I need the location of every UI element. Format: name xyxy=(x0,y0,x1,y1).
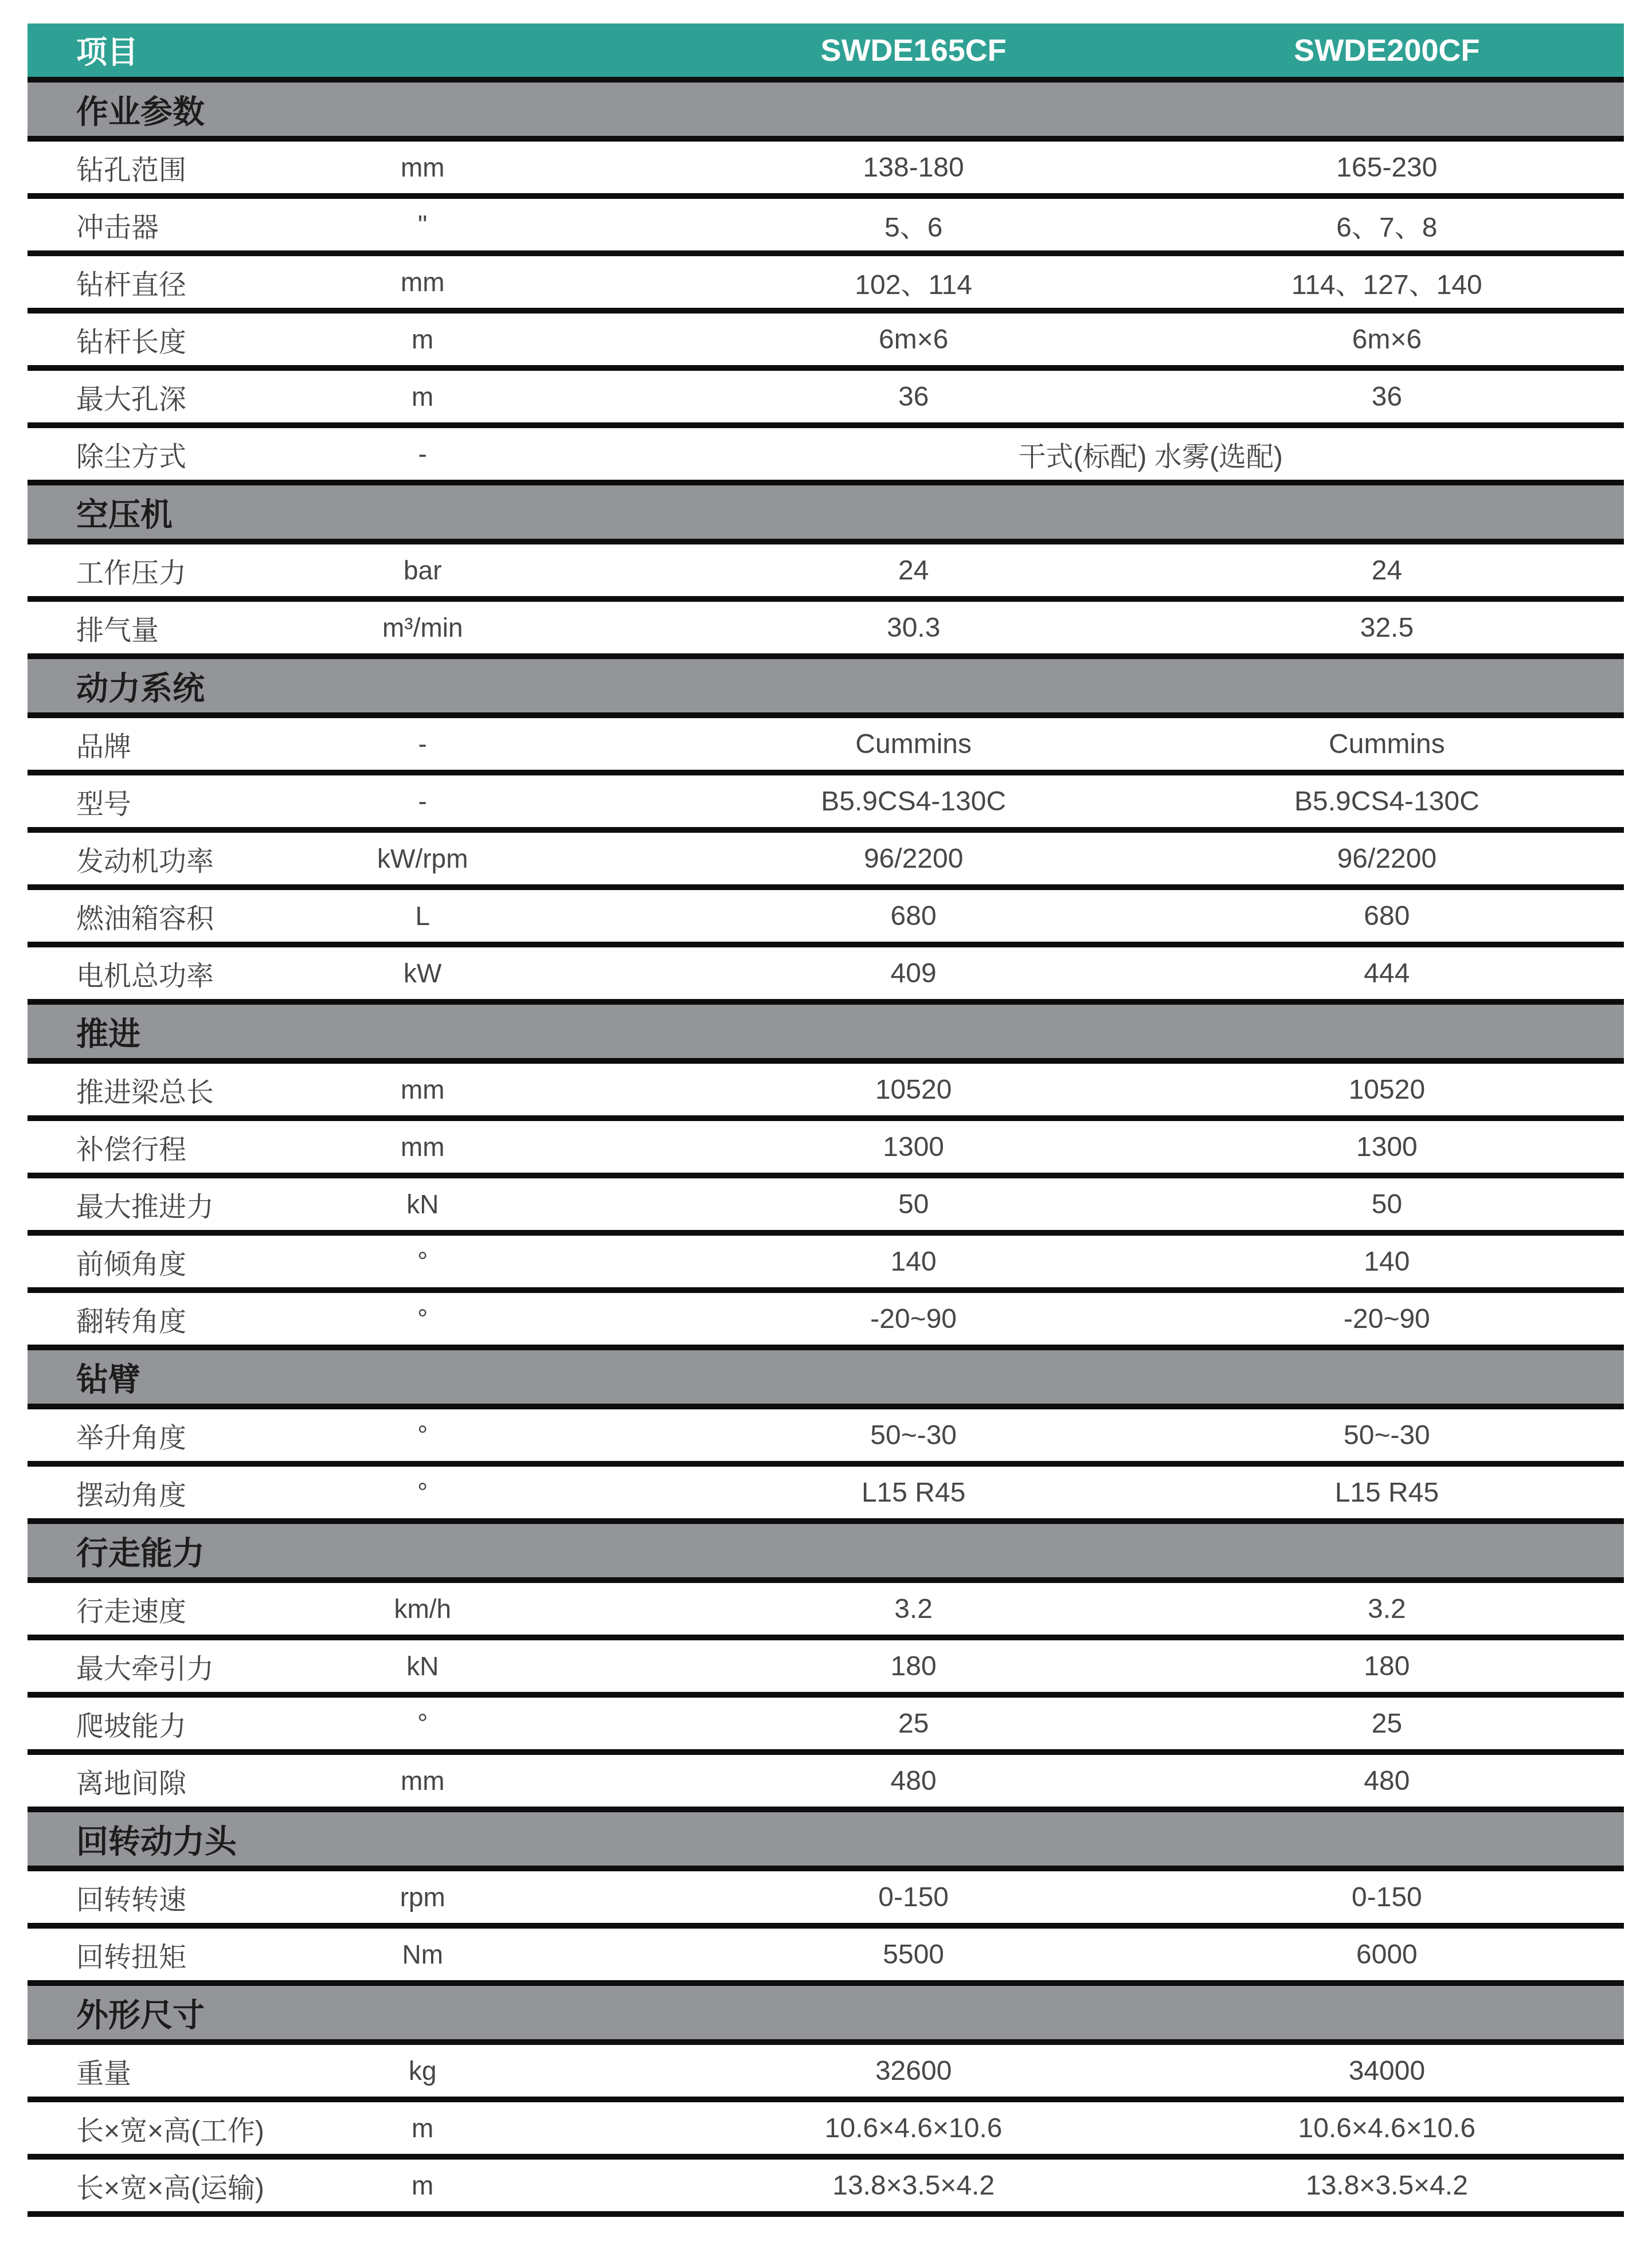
section-header-7: 外形尺寸 xyxy=(28,1986,1624,2045)
table-row: 离地间隙mm480480 xyxy=(28,1755,1624,1812)
row-label: 举升角度 xyxy=(28,1416,315,1455)
row-unit: rpm xyxy=(315,1882,530,1913)
row-value-model2: 1300 xyxy=(1150,1131,1624,1163)
section-title: 空压机 xyxy=(28,489,1624,535)
row-unit: ° xyxy=(315,1708,530,1739)
row-value-model1: 13.8×3.5×4.2 xyxy=(677,2170,1149,2201)
row-label: 回转转速 xyxy=(28,1878,315,1917)
row-value-model2: 50 xyxy=(1150,1189,1624,1220)
section-title: 回转动力头 xyxy=(28,1816,1624,1862)
row-label: 除尘方式 xyxy=(28,434,315,474)
row-label: 钻孔范围 xyxy=(28,148,315,187)
row-value-model2: -20~90 xyxy=(1150,1303,1624,1335)
row-value-model1: 50 xyxy=(677,1189,1149,1220)
row-value-model2: 10520 xyxy=(1150,1074,1624,1106)
table-row: 补偿行程mm13001300 xyxy=(28,1121,1624,1178)
row-value-model2: 6000 xyxy=(1150,1939,1624,1970)
row-unit: mm xyxy=(315,152,530,183)
row-value-model1: 10.6×4.6×10.6 xyxy=(677,2113,1149,2144)
row-label: 冲击器 xyxy=(28,205,315,245)
row-unit: mm xyxy=(315,1074,530,1105)
table-row: 最大推进力kN5050 xyxy=(28,1178,1624,1236)
section-title: 钻臂 xyxy=(28,1354,1624,1400)
row-label: 长×宽×高(运输) xyxy=(28,2166,315,2205)
row-label: 排气量 xyxy=(28,608,315,648)
row-value-model1: -20~90 xyxy=(677,1303,1149,1335)
row-label: 发动机功率 xyxy=(28,839,315,879)
row-unit: m xyxy=(315,381,530,412)
table-row: 冲击器"5、66、7、8 xyxy=(28,199,1624,256)
row-value-model2: 24 xyxy=(1150,555,1624,586)
row-unit: kW/rpm xyxy=(315,843,530,874)
section-header-1: 空压机 xyxy=(28,485,1624,544)
row-label: 电机总功率 xyxy=(28,954,315,993)
row-label: 最大孔深 xyxy=(28,377,315,417)
row-value-model1: 6m×6 xyxy=(677,324,1149,355)
row-value-span: 干式(标配) 水雾(选配) xyxy=(677,434,1624,474)
row-label: 最大牵引力 xyxy=(28,1647,315,1686)
table-row: 长×宽×高(工作)m10.6×4.6×10.610.6×4.6×10.6 xyxy=(28,2102,1624,2160)
row-value-model2: 6m×6 xyxy=(1150,324,1624,355)
table-row: 除尘方式-干式(标配) 水雾(选配) xyxy=(28,428,1624,485)
row-unit: m xyxy=(315,2170,530,2201)
row-value-model2: 114、127、140 xyxy=(1150,262,1624,302)
table-row: 摆动角度°L15 R45L15 R45 xyxy=(28,1467,1624,1524)
section-title: 外形尺寸 xyxy=(28,1990,1624,2036)
table-row: 回转转速rpm0-1500-150 xyxy=(28,1871,1624,1929)
row-label: 型号 xyxy=(28,782,315,821)
row-label: 钻杆长度 xyxy=(28,320,315,359)
row-label: 回转扭矩 xyxy=(28,1935,315,1974)
row-label: 翻转角度 xyxy=(28,1299,315,1339)
row-label: 钻杆直径 xyxy=(28,262,315,302)
row-value-model2: 480 xyxy=(1150,1765,1624,1797)
header-item-label: 项目 xyxy=(28,28,315,72)
row-label: 离地间隙 xyxy=(28,1761,315,1801)
row-value-model1: 140 xyxy=(677,1246,1149,1278)
table-row: 翻转角度°-20~90-20~90 xyxy=(28,1293,1624,1350)
table-row: 长×宽×高(运输)m13.8×3.5×4.213.8×3.5×4.2 xyxy=(28,2160,1624,2217)
header-model-1: SWDE165CF xyxy=(677,33,1149,68)
section-title: 行走能力 xyxy=(28,1528,1624,1574)
table-row: 最大孔深m3636 xyxy=(28,371,1624,428)
table-row: 工作压力bar2424 xyxy=(28,544,1624,602)
row-value-model1: 3.2 xyxy=(677,1593,1149,1625)
row-value-model2: 96/2200 xyxy=(1150,843,1624,875)
row-unit: m xyxy=(315,324,530,355)
row-label: 燃油箱容积 xyxy=(28,896,315,936)
table-row: 举升角度°50~-3050~-30 xyxy=(28,1409,1624,1467)
row-value-model1: 5500 xyxy=(677,1939,1149,1970)
row-value-model2: 13.8×3.5×4.2 xyxy=(1150,2170,1624,2201)
row-label: 行走速度 xyxy=(28,1589,315,1629)
row-label: 前倾角度 xyxy=(28,1242,315,1282)
table-row: 排气量m³/min30.332.5 xyxy=(28,602,1624,659)
row-value-model1: 24 xyxy=(677,555,1149,586)
row-value-model1: 680 xyxy=(677,900,1149,932)
row-value-model2: 0-150 xyxy=(1150,1882,1624,1913)
row-label: 补偿行程 xyxy=(28,1127,315,1167)
row-unit: ° xyxy=(315,1303,530,1334)
row-value-model2: 444 xyxy=(1150,958,1624,989)
table-row: 燃油箱容积L680680 xyxy=(28,890,1624,947)
row-value-model2: 680 xyxy=(1150,900,1624,932)
row-unit: ° xyxy=(315,1420,530,1451)
section-title: 作业参数 xyxy=(28,87,1624,132)
row-value-model1: 96/2200 xyxy=(677,843,1149,875)
row-value-model2: 50~-30 xyxy=(1150,1420,1624,1451)
table-row: 钻杆直径mm102、114114、127、140 xyxy=(28,256,1624,314)
row-unit: mm xyxy=(315,1131,530,1162)
table-row: 前倾角度°140140 xyxy=(28,1236,1624,1293)
row-value-model2: 25 xyxy=(1150,1708,1624,1739)
table-row: 行走速度km/h3.23.2 xyxy=(28,1583,1624,1640)
row-label: 品牌 xyxy=(28,724,315,764)
row-value-model1: 36 xyxy=(677,381,1149,413)
section-header-0: 作业参数 xyxy=(28,83,1624,142)
table-header-row: 项目 SWDE165CF SWDE200CF xyxy=(28,23,1624,83)
row-unit: mm xyxy=(315,1765,530,1796)
row-value-model1: 102、114 xyxy=(677,262,1149,302)
spec-table: 项目 SWDE165CF SWDE200CF 作业参数钻孔范围mm138-180… xyxy=(28,23,1624,2217)
row-unit: ° xyxy=(315,1246,530,1277)
row-label: 最大推进力 xyxy=(28,1185,315,1224)
row-unit: m xyxy=(315,2113,530,2144)
row-unit: - xyxy=(315,786,530,817)
table-row: 发动机功率kW/rpm96/220096/2200 xyxy=(28,833,1624,890)
row-unit: ° xyxy=(315,1477,530,1508)
row-value-model2: 34000 xyxy=(1150,2055,1624,2087)
row-unit: km/h xyxy=(315,1593,530,1624)
row-unit: m³/min xyxy=(315,612,530,643)
table-row: 重量kg3260034000 xyxy=(28,2045,1624,2102)
row-value-model1: 32600 xyxy=(677,2055,1149,2087)
row-unit: kN xyxy=(315,1651,530,1682)
row-label: 摆动角度 xyxy=(28,1473,315,1513)
row-unit: mm xyxy=(315,267,530,297)
row-value-model2: 165-230 xyxy=(1150,152,1624,183)
row-value-model1: 409 xyxy=(677,958,1149,989)
row-value-model1: 5、6 xyxy=(677,205,1149,245)
section-title: 动力系统 xyxy=(28,663,1624,709)
row-unit: kg xyxy=(315,2055,530,2086)
row-value-model2: 10.6×4.6×10.6 xyxy=(1150,2113,1624,2144)
table-row: 最大牵引力kN180180 xyxy=(28,1640,1624,1698)
row-value-model1: 0-150 xyxy=(677,1882,1149,1913)
row-value-model2: 32.5 xyxy=(1150,612,1624,644)
row-unit: L xyxy=(315,900,530,931)
row-value-model1: 10520 xyxy=(677,1074,1149,1106)
row-value-model1: 1300 xyxy=(677,1131,1149,1163)
table-row: 回转扭矩Nm55006000 xyxy=(28,1929,1624,1986)
row-value-model1: 50~-30 xyxy=(677,1420,1149,1451)
row-label: 重量 xyxy=(28,2051,315,2091)
table-row: 爬坡能力°2525 xyxy=(28,1698,1624,1755)
section-header-3: 推进 xyxy=(28,1005,1624,1064)
row-value-model2: 6、7、8 xyxy=(1150,205,1624,245)
table-row: 钻孔范围mm138-180165-230 xyxy=(28,142,1624,199)
section-header-6: 回转动力头 xyxy=(28,1812,1624,1871)
row-value-model1: Cummins xyxy=(677,728,1149,760)
row-unit: kN xyxy=(315,1189,530,1220)
row-value-model1: 480 xyxy=(677,1765,1149,1797)
row-unit: " xyxy=(315,209,530,240)
row-unit: - xyxy=(315,728,530,759)
row-value-model1: L15 R45 xyxy=(677,1477,1149,1508)
row-label: 推进梁总长 xyxy=(28,1070,315,1110)
row-value-model2: L15 R45 xyxy=(1150,1477,1624,1508)
row-value-model1: 138-180 xyxy=(677,152,1149,183)
row-label: 长×宽×高(工作) xyxy=(28,2109,315,2148)
table-row: 电机总功率kW409444 xyxy=(28,947,1624,1005)
table-row: 推进梁总长mm1052010520 xyxy=(28,1064,1624,1121)
table-row: 型号-B5.9CS4-130CB5.9CS4-130C xyxy=(28,775,1624,833)
section-header-4: 钻臂 xyxy=(28,1350,1624,1409)
row-label: 爬坡能力 xyxy=(28,1704,315,1743)
row-label: 工作压力 xyxy=(28,551,315,590)
row-value-model1: 180 xyxy=(677,1651,1149,1682)
row-value-model2: 140 xyxy=(1150,1246,1624,1278)
row-value-model2: 3.2 xyxy=(1150,1593,1624,1625)
section-title: 推进 xyxy=(28,1009,1624,1055)
row-unit: Nm xyxy=(315,1939,530,1970)
row-value-model1: 25 xyxy=(677,1708,1149,1739)
section-header-2: 动力系统 xyxy=(28,659,1624,718)
row-value-model1: 30.3 xyxy=(677,612,1149,644)
row-unit: bar xyxy=(315,555,530,586)
row-value-model2: 36 xyxy=(1150,381,1624,413)
row-value-model1: B5.9CS4-130C xyxy=(677,786,1149,817)
table-row: 品牌-CumminsCummins xyxy=(28,718,1624,775)
row-value-model2: 180 xyxy=(1150,1651,1624,1682)
row-unit: - xyxy=(315,438,530,469)
row-unit: kW xyxy=(315,958,530,989)
table-row: 钻杆长度m6m×66m×6 xyxy=(28,314,1624,371)
row-value-model2: Cummins xyxy=(1150,728,1624,760)
header-model-2: SWDE200CF xyxy=(1150,33,1624,68)
row-value-model2: B5.9CS4-130C xyxy=(1150,786,1624,817)
section-header-5: 行走能力 xyxy=(28,1524,1624,1583)
